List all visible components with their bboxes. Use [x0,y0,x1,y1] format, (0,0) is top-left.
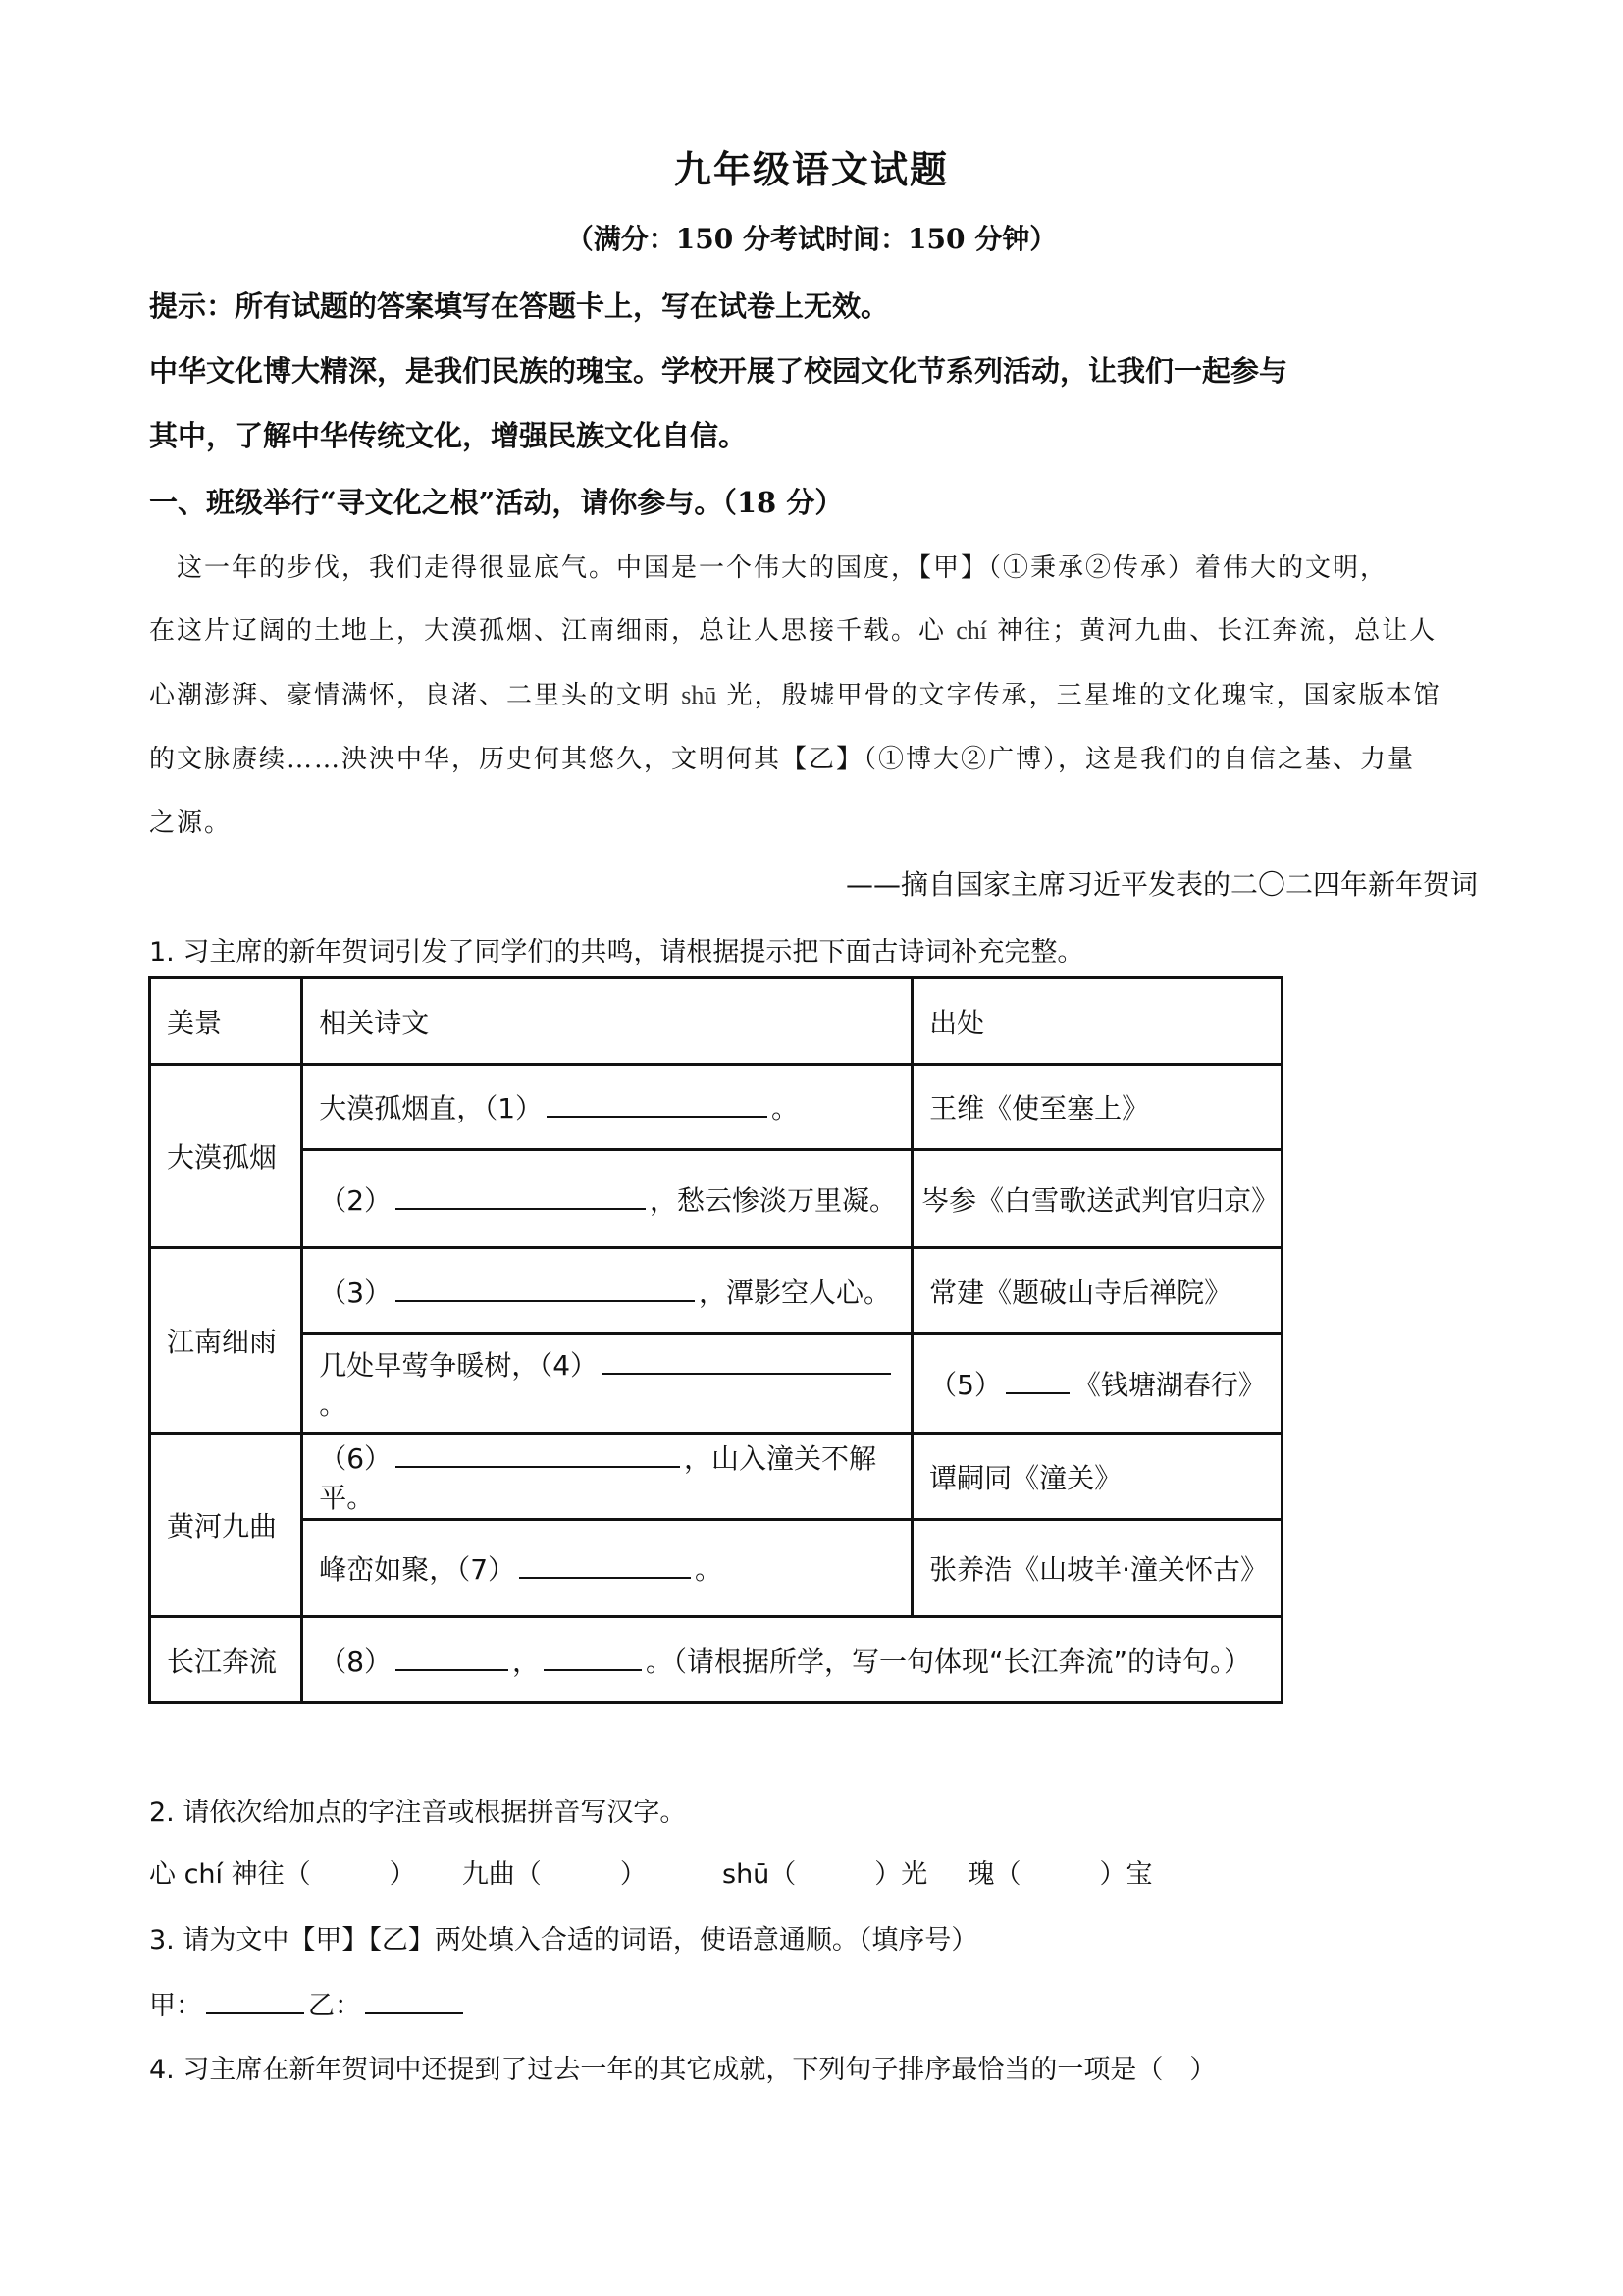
poem-text: 。 [771,1092,799,1124]
q2-item-2: 九曲（） [462,1859,647,1890]
poem-cell: （8），。（请根据所学，写一句体现“长江奔流”的诗句。） [302,1617,1283,1703]
q2-item-3: shū（）光 [722,1859,927,1890]
q2-item-text: 九曲（ [462,1859,542,1890]
answer-blank-7[interactable] [519,1553,691,1579]
source-cell: （5）《钱塘湖春行》 [913,1334,1283,1434]
table-row: （2），愁云惨淡万里凝。 岑参《白雪歌送武判官归京》 [150,1150,1283,1248]
poem-text: （3） [319,1277,392,1309]
exam-notice: 提示：所有试题的答案填写在答题卡上，写在试卷上无效。 [149,285,889,325]
poem-text: ， [512,1645,540,1678]
answer-blank-1[interactable] [547,1092,767,1118]
q2-item-text: ） [390,1859,416,1890]
header-source: 出处 [913,978,1283,1065]
answer-blank-yi[interactable] [365,1989,463,2014]
poem-text: （6） [319,1442,392,1475]
answer-blank-4[interactable] [602,1349,891,1375]
poem-text: 。 [319,1388,346,1421]
passage-text: 在这片辽阔的土地上，大漠孤烟、江南细雨，总让人思接千载。心 [149,616,956,646]
q2-item-4: 瑰（）宝 [968,1859,1152,1890]
answer-blank-8b[interactable] [544,1645,642,1671]
exam-subtitle: （满分：150 分考试时间：150 分钟） [0,218,1623,257]
passage-line-2: 在这片辽阔的土地上，大漠孤烟、江南细雨，总让人思接千载。心 chí 神往；黄河九… [149,610,1479,647]
poem-text: 几处早莺争暖树，（4） [319,1349,598,1382]
q2-item-text: shū（ [722,1859,796,1890]
q2-item-text: ） [620,1859,647,1890]
table-row: 长江奔流 （8），。（请根据所学，写一句体现“长江奔流”的诗句。） [150,1617,1283,1703]
exam-title: 九年级语文试题 [0,139,1623,193]
source-cell: 谭嗣同《潼关》 [913,1434,1283,1520]
intro-line-1: 中华文化博大精深，是我们民族的瑰宝。学校开展了校园文化节系列活动，让我们一起参与 [149,349,1287,390]
q2-prompt: 2. 请依次给加点的字注音或根据拼音写汉字。 [149,1791,686,1829]
passage-text: 神往；黄河九曲、长江奔流，总让人 [987,616,1437,646]
passage-line-5: 之源。 [149,803,1479,839]
passage-text: 心潮澎湃、豪情满怀，良渚、二里头的文明 [149,681,681,710]
poem-table: 美景 相关诗文 出处 大漠孤烟 大漠孤烟直，（1）。 王维《使至塞上》 （2），… [148,976,1283,1704]
scene-cell: 江南细雨 [150,1248,302,1434]
table-row: 大漠孤烟 大漠孤烟直，（1）。 王维《使至塞上》 [150,1065,1283,1150]
poem-cell: 峰峦如聚，（7）。 [302,1520,913,1617]
q2-items: 心 chí 神往（） 九曲（） shū（）光 瑰（）宝 [149,1852,1152,1891]
header-poem: 相关诗文 [302,978,913,1065]
poem-cell: 大漠孤烟直，（1）。 [302,1065,913,1150]
section-1-heading: 一、班级举行“寻文化之根”活动，请你参与。（18 分） [149,481,843,521]
poem-text: （2） [319,1184,392,1217]
q3-label-yi: 乙： [308,1991,361,2021]
passage-line-3: 心潮澎湃、豪情满怀，良渚、二里头的文明 shū 光，殷墟甲骨的文字传承，三星堆的… [149,675,1479,711]
poem-text: ，愁云惨淡万里凝。 [650,1184,897,1217]
table-row: 峰峦如聚，（7）。 张养浩《山坡羊·潼关怀古》 [150,1520,1283,1617]
table-row: 几处早莺争暖树，（4）。 （5）《钱塘湖春行》 [150,1334,1283,1434]
answer-blank-6[interactable] [395,1442,680,1468]
poem-text: 大漠孤烟直，（1） [319,1092,543,1124]
poem-text: 。（请根据所学，写一句体现“长江奔流”的诗句。） [646,1645,1251,1678]
passage-line-4: 的文脉赓续……泱泱中华，历史何其悠久，文明何其【乙】（①博大②广博），这是我们的… [149,739,1479,775]
pinyin-chi: chí [956,616,987,645]
source-cell: 张养浩《山坡羊·潼关怀古》 [913,1520,1283,1617]
q2-item-text: ）宝 [1099,1859,1152,1890]
q2-item-text: ）光 [874,1859,927,1890]
poem-cell: （6），山入潼关不解平。 [302,1434,913,1520]
scene-cell: 长江奔流 [150,1617,302,1703]
table-row: 江南细雨 （3），潭影空人心。 常建《题破山寺后禅院》 [150,1248,1283,1334]
q2-item-1: 心 chí 神往（） [149,1859,416,1890]
source-cell: 王维《使至塞上》 [913,1065,1283,1150]
poem-text: ，潭影空人心。 [699,1277,891,1309]
answer-blank-5[interactable] [1006,1369,1070,1394]
citation: ——摘自国家主席习近平发表的二〇二四年新年贺词 [846,863,1478,903]
poem-cell: 几处早莺争暖树，（4）。 [302,1334,913,1434]
q3-label-jia: 甲： [149,1991,202,2021]
poem-text: 。 [695,1553,722,1586]
header-scene: 美景 [150,978,302,1065]
q3-prompt: 3. 请为文中【甲】【乙】两处填入合适的词语，使语意通顺。（填序号） [149,1918,977,1957]
source-cell: 常建《题破山寺后禅院》 [913,1248,1283,1334]
poem-text: 峰峦如聚，（7） [319,1553,515,1586]
scene-cell: 大漠孤烟 [150,1065,302,1248]
q2-item-text: 瑰（ [968,1859,1021,1890]
source-text: 《钱塘湖春行》 [1073,1369,1266,1401]
table-row: 黄河九曲 （6），山入潼关不解平。 谭嗣同《潼关》 [150,1434,1283,1520]
passage-line-1: 这一年的步伐，我们走得很显底气。中国是一个伟大的国度，【甲】（①秉承②传承）着伟… [177,548,1506,584]
answer-blank-2[interactable] [395,1184,646,1210]
source-text: （5） [929,1369,1002,1401]
passage-text: 光，殷墟甲骨的文字传承，三星堆的文化瑰宝，国家版本馆 [716,681,1440,710]
q2-item-text: 心 chí 神往（ [149,1859,311,1890]
intro-line-2: 其中，了解中华传统文化，增强民族文化自信。 [149,414,747,454]
q1-prompt: 1. 习主席的新年贺词引发了同学们的共鸣，请根据提示把下面古诗词补充完整。 [149,930,1083,968]
poem-cell: （3），潭影空人心。 [302,1248,913,1334]
scene-cell: 黄河九曲 [150,1434,302,1617]
answer-blank-3[interactable] [395,1277,695,1302]
poem-cell: （2），愁云惨淡万里凝。 [302,1150,913,1248]
answer-blank-8a[interactable] [395,1645,508,1671]
poem-text: （8） [319,1645,392,1678]
table-header-row: 美景 相关诗文 出处 [150,978,1283,1065]
source-cell: 岑参《白雪歌送武判官归京》 [913,1150,1283,1248]
pinyin-shu: shū [681,681,716,709]
answer-blank-jia[interactable] [206,1989,304,2014]
q4-prompt: 4. 习主席在新年贺词中还提到了过去一年的其它成就，下列句子排序最恰当的一项是（… [149,2048,1216,2086]
q3-answers: 甲：乙： [149,1984,467,2022]
